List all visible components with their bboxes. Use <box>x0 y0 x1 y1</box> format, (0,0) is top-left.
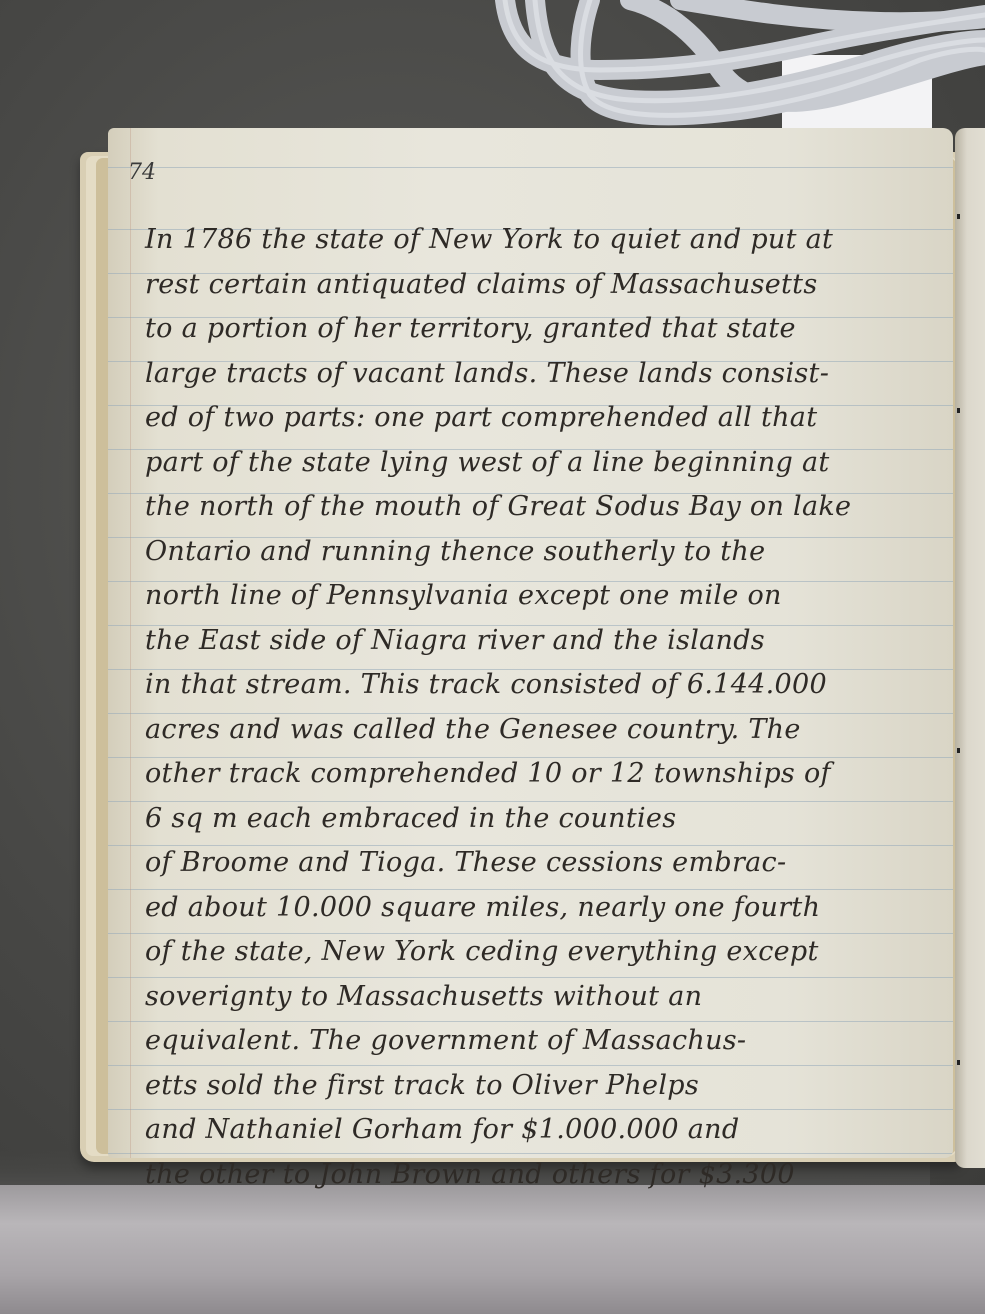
binding-stitch <box>957 748 960 753</box>
text-line: In 1786 the state of New York to quiet a… <box>145 218 945 263</box>
text-line: ed of two parts: one part comprehended a… <box>145 396 945 441</box>
table-surface <box>0 1185 985 1314</box>
page-margin <box>130 128 131 1158</box>
page-number: 74 <box>128 160 156 185</box>
binding-stitch <box>957 214 960 219</box>
text-line: of Broome and Tioga. These cessions embr… <box>145 841 945 886</box>
text-line: rest certain antiquated claims of Massac… <box>145 263 945 308</box>
text-line: 6 sq m each embraced in the counties <box>145 797 945 842</box>
text-line: north line of Pennsylvania except one mi… <box>145 574 945 619</box>
binding-stitch <box>957 408 960 413</box>
handwritten-text: In 1786 the state of New York to quiet a… <box>145 218 945 1197</box>
text-line: of the state, New York ceding everything… <box>145 930 945 975</box>
cord-icon <box>480 0 985 130</box>
text-line: the north of the mouth of Great Sodus Ba… <box>145 485 945 530</box>
text-line: the other to John Brown and others for $… <box>145 1153 945 1198</box>
text-line: other track comprehended 10 or 12 townsh… <box>145 752 945 797</box>
binding-stitch <box>957 1060 960 1065</box>
text-line: Ontario and running thence southerly to … <box>145 530 945 575</box>
text-line: part of the state lying west of a line b… <box>145 441 945 486</box>
facing-page-edge <box>955 128 985 1168</box>
text-line: and Nathaniel Gorham for $1.000.000 and <box>145 1108 945 1153</box>
text-line: acres and was called the Genesee country… <box>145 708 945 753</box>
text-line: in that stream. This track consisted of … <box>145 663 945 708</box>
text-line: soverignty to Massachusetts without an <box>145 975 945 1020</box>
text-line: etts sold the first track to Oliver Phel… <box>145 1064 945 1109</box>
text-line: to a portion of her territory, granted t… <box>145 307 945 352</box>
text-line: large tracts of vacant lands. These land… <box>145 352 945 397</box>
text-line: equivalent. The government of Massachus- <box>145 1019 945 1064</box>
text-line: ed about 10.000 square miles, nearly one… <box>145 886 945 931</box>
text-line: the East side of Niagra river and the is… <box>145 619 945 664</box>
